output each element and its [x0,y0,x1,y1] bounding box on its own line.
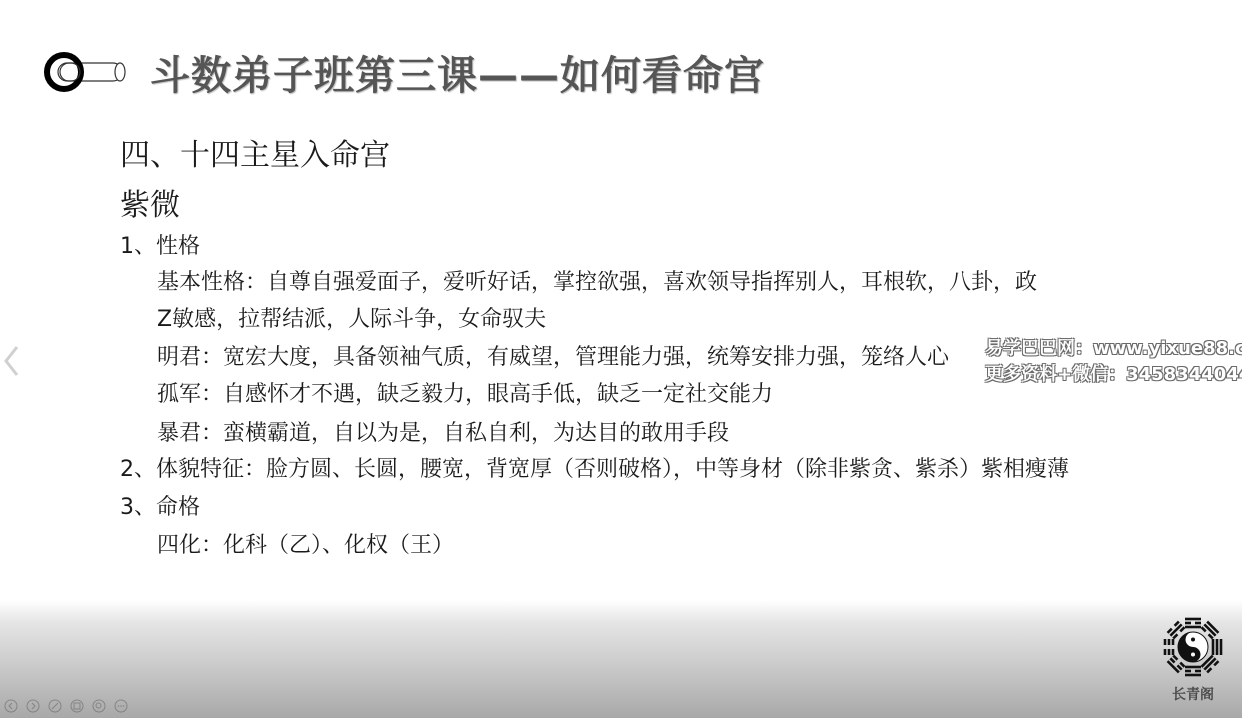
magnifier-icon [92,699,106,713]
slideshow-toolbar [0,696,152,716]
footer-gradient [0,600,1242,718]
watermark-line-2: 更多资料+微信：3458344044 [985,362,1242,388]
list-item-personality: 1、性格 [120,229,200,260]
watermark-line-1: 易学巴巴网：www.yixue88.cn [985,336,1242,362]
list-item-basic-personality: 基本性格：自尊自强爱面子，爱听好话，掌控欲强，喜欢领导指挥别人，耳根软，八卦，政 [157,265,1037,296]
view-slides-button[interactable] [68,698,86,714]
arrow-right-icon [26,699,40,713]
section-heading: 四、十四主星入命宫 [120,130,390,174]
arrow-left-icon [4,699,18,713]
presentation-slide: 斗数弟子班第三课——如何看命宫 四、十四主星入命宫 紫微 1、性格 基本性格：自… [0,0,1242,718]
bagua-taiji-icon [1160,614,1226,680]
grid-icon [70,699,84,713]
pen-icon [48,699,62,713]
list-item-sihua: 四化：化科（乙）、化权（王） [157,528,454,559]
star-name-heading: 紫微 [120,180,180,224]
slide-title: 斗数弟子班第三课——如何看命宫 [150,44,765,101]
next-button[interactable] [24,698,42,714]
list-item-basic-personality-cont: Z敏感，拉帮结派，人际斗争，女命驭夫 [157,302,546,333]
previous-slide-button[interactable] [0,340,22,382]
brand-logo-label: 长青阁 [1160,684,1226,704]
list-item-mingge: 3、命格 [120,490,200,521]
slide-title-row: 斗数弟子班第三课——如何看命宫 [44,40,765,104]
chevron-left-icon [3,343,19,379]
list-item-appearance: 2、体貌特征：脸方圆、长圆，腰宽，背宽厚（否则破格），中等身材（除非紫贪、紫杀）… [120,452,1069,483]
more-icon [114,699,128,713]
list-item-mingjun: 明君：宽宏大度，具备领袖气质，有威望，管理能力强，统筹安排力强，笼络人心 [157,340,949,371]
previous-button[interactable] [2,698,20,714]
pen-button[interactable] [46,698,64,714]
brand-logo: 长青阁 [1160,614,1226,714]
list-item-baojun: 暴君：蛮横霸道，自以为是，自私自利，为达目的敢用手段 [157,416,729,447]
more-options-button[interactable] [112,698,130,714]
scroll-ring-icon [44,50,128,94]
watermark: 易学巴巴网：www.yixue88.cn 更多资料+微信：3458344044 [985,336,1242,388]
zoom-button[interactable] [90,698,108,714]
list-item-gujun: 孤军：自感怀才不遇，缺乏毅力，眼高手低，缺乏一定社交能力 [157,377,773,408]
